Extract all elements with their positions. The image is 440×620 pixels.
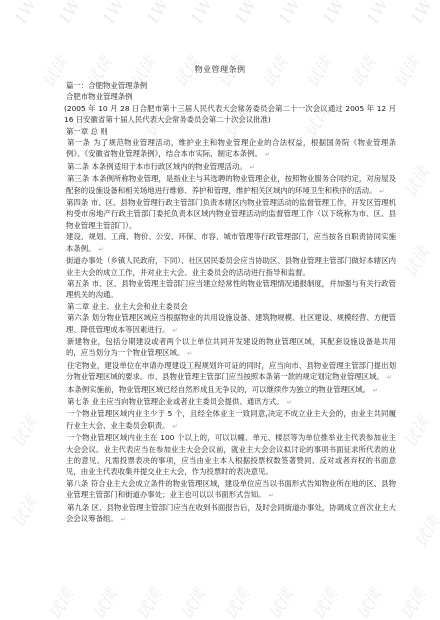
article-paragraph: 本条例实施前，物业管理区域已经自然形成且无争议的，可以继续作为独立的物业管理区域… — [66, 384, 396, 396]
article-paragraph: 一个物业管理区域内业主在 100 个以上的，可以以幢、单元、楼层等为单位推举业主… — [66, 432, 396, 478]
chapter-heading: 第一章 总 则 — [66, 126, 396, 137]
paragraph-text: 第二章 业主、业主大会和业主委员会 — [67, 302, 188, 311]
paragraph-text: 第九条 区、县物业管理主管部门应当在收到书面报告后，及时会同街道办事处，协调成立… — [66, 503, 396, 523]
article-paragraph: 建设、规划、工商、物价、公安、环保、市容、城市管理等行政管理部门，应当按各自职责… — [66, 231, 396, 255]
article-paragraph: 第五条 市、区、县物业管理主管部门应当建立经常性的物业管理情况通报制度，并加强与… — [66, 278, 396, 301]
article-paragraph: 第四条 市、区、县物业管理行政主管部门负责本辖区内物业管理活动的监督管理工作，开… — [66, 197, 396, 231]
paragraph-text: 第七条 业主应当向物业管理企业或者业主委员会提供、通讯方式。 — [67, 397, 284, 406]
paragraph-text: 第一条 为了规范物业管理活动，维护业主和物业管理企业的合法权益，根据国务院《物业… — [66, 138, 396, 158]
paragraph-text: (2005 年 10 月 28 日合肥市第十三届人民代表大会常务委员会第二十一次… — [64, 104, 396, 124]
paragraph-text: 第八条 符合业主大会成立条件的物业管理区域，建设单位应当以书面形式告知物业所在地… — [66, 479, 396, 499]
paragraph-text: 合肥市物业管理条例 — [66, 92, 133, 101]
article-paragraph: 第七条 业主应当向物业管理企业或者业主委员会提供、通讯方式。↵ — [66, 396, 396, 408]
paragraph-text: 街道办事处（乡镇人民政府，下同）、社区居民委员会应当协助区、县物业管理主管部门做… — [66, 256, 396, 276]
adoption-note: (2005 年 10 月 28 日合肥市第十三届人民代表大会常务委员会第二十一次… — [64, 103, 396, 126]
paragraph-text: 本条例实施前，物业管理区域已经自然形成且无争议的，可以继续作为独立的物业管理区域… — [67, 385, 370, 394]
document-body: 篇一：合肥物业管理条例 合肥市物业管理条例 (2005 年 10 月 28 日合… — [66, 80, 396, 525]
paragraph-mark-icon: ↵ — [269, 492, 274, 499]
article-paragraph: 第三条 本条例所称物业管理，是指业主与其选聘的物业管理企业，按照物业服务合同约定… — [66, 173, 396, 197]
paragraph-text: 一个物业管理区域内业主少于 5 个，且经全体业主一致同意,决定不成立业主大会的，… — [66, 409, 396, 429]
paragraph-text: 第六条 划分物业管理区域应当根据物业的共用设施设备、建筑物规模、社区建设、规模经… — [66, 313, 396, 333]
article-paragraph: 第八条 符合业主大会成立条件的物业管理区域，建设单位应当以书面形式告知物业所在地… — [66, 478, 396, 502]
article-paragraph: 街道办事处（乡镇人民政府，下同）、社区居民委员会应当协助区、县物业管理主管部门做… — [66, 255, 396, 278]
paragraph-text: 第二条 本条例适用于本市行政区域内的物业管理活动。 — [67, 162, 247, 171]
paragraph-mark-icon: ↵ — [387, 374, 392, 381]
paragraph-text: 一个物业管理区域内业主在 100 个以上的，可以以幢、单元、楼层等为单位推举业主… — [66, 433, 396, 476]
article-paragraph: 第一条 为了规范物业管理活动，维护业主和物业管理企业的合法权益，根据国务院《物业… — [66, 137, 396, 161]
paragraph-mark-icon: ↵ — [187, 350, 192, 357]
article-paragraph: 住宅物业，建设单位在申请办理建设工程规划许可证的同时，应当向市、县物业管理主管部… — [66, 360, 396, 384]
article-paragraph: 新建物业，包括分期建设或者两个以上单位共同开发建设的物业管理区域，其配套设施设备… — [66, 336, 396, 360]
article-paragraph: 第二条 本条例适用于本市行政区域内的物业管理活动。↵ — [66, 161, 396, 173]
paragraph-mark-icon: ↵ — [121, 516, 126, 523]
regulation-name: 合肥市物业管理条例 — [66, 91, 396, 102]
paragraph-text: 建设、规划、工商、物价、公安、环保、市容、城市管理等行政管理部门，应当按各自职责… — [66, 232, 396, 252]
article-paragraph: 第九条 区、县物业管理主管部门应当在收到书面报告后，及时会同街道办事处，协调成立… — [66, 502, 396, 526]
document-page: 物业管理条例 篇一：合肥物业管理条例 合肥市物业管理条例 (2005 年 10 … — [0, 0, 440, 620]
paragraph-text: 新建物业，包括分期建设或者两个以上单位共同开发建设的物业管理区域，其配套设施设备… — [66, 337, 396, 357]
article-paragraph: 第六条 划分物业管理区域应当根据物业的共用设施设备、建筑物规模、社区建设、规模经… — [66, 312, 396, 336]
paragraph-text: 住宅物业，建设单位在申请办理建设工程规划许可证的同时，应当向市、县物业管理主管部… — [66, 361, 396, 381]
section-heading: 篇一：合肥物业管理条例 — [66, 80, 396, 91]
chapter-heading: 第二章 业主、业主大会和业主委员会 — [66, 301, 396, 312]
paragraph-mark-icon: ↵ — [99, 246, 104, 253]
paragraph-text: 第一章 总 则 — [66, 127, 108, 136]
paragraph-mark-icon: ↵ — [287, 399, 292, 406]
paragraph-text: 第五条 市、区、县物业管理主管部门应当建立经常性的物业管理情况通报制度，并加强与… — [66, 279, 396, 299]
paragraph-mark-icon: ↵ — [250, 164, 255, 171]
paragraph-text: 第三条 本条例所称物业管理，是指业主与其选聘的物业管理企业，按照物业服务合同约定… — [66, 174, 396, 194]
paragraph-mark-icon: ↵ — [172, 327, 177, 334]
document-title: 物业管理条例 — [0, 64, 440, 75]
article-paragraph: 一个物业管理区域内业主少于 5 个，且经全体业主一致同意,决定不成立业主大会的，… — [66, 408, 396, 432]
paragraph-text: 篇一：合肥物业管理条例 — [66, 81, 147, 90]
paragraph-mark-icon: ↵ — [373, 387, 378, 394]
paragraph-mark-icon: ↵ — [265, 151, 270, 158]
paragraph-mark-icon: ↵ — [379, 188, 384, 195]
paragraph-text: 第四条 市、区、县物业管理行政主管部门负责本辖区内物业管理活动的监督管理工作，开… — [66, 198, 396, 230]
paragraph-mark-icon: ↵ — [172, 423, 177, 430]
